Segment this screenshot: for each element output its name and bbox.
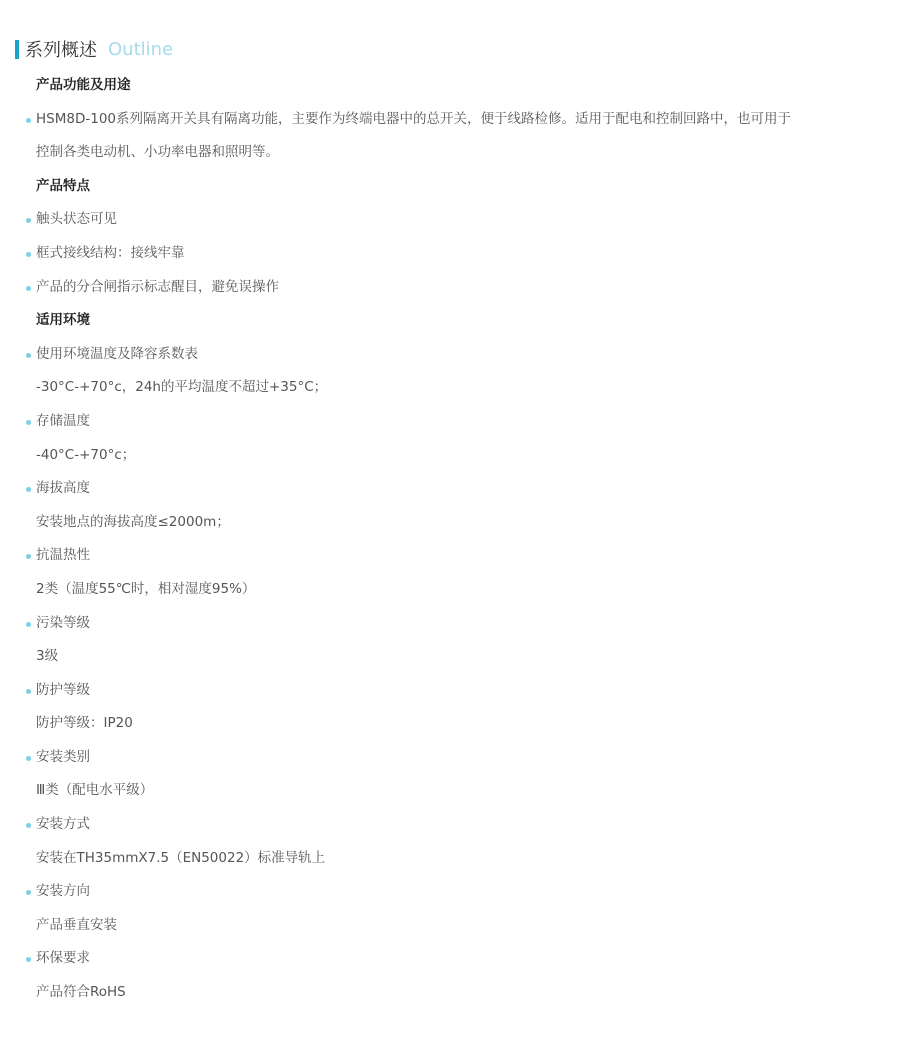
env-label: 污染等级 [36, 607, 876, 641]
feature-item: 触头状态可见 [36, 203, 876, 237]
env-value: -40°C-+70°c； [36, 439, 876, 473]
heading-function: 产品功能及用途 [36, 69, 876, 103]
env-label: 使用环境温度及降容系数表 [36, 338, 876, 372]
outline-content: 产品功能及用途 HSM8D-100系列隔离开关具有隔离功能，主要作为终端电器中的… [36, 69, 876, 1010]
env-value: 2类（温度55℃时，相对湿度95%） [36, 573, 876, 607]
heading-features: 产品特点 [36, 170, 876, 204]
section-subtitle: Outline [108, 39, 173, 60]
accent-bar [15, 40, 19, 59]
env-label: 环保要求 [36, 942, 876, 976]
function-description: HSM8D-100系列隔离开关具有隔离功能，主要作为终端电器中的总开关，便于线路… [36, 103, 876, 137]
env-value: 产品符合RoHS [36, 976, 876, 1010]
section-title: 系列概述 [25, 36, 97, 62]
env-value: 安装地点的海拔高度≤2000m； [36, 506, 876, 540]
env-label: 抗温热性 [36, 539, 876, 573]
heading-environment: 适用环境 [36, 304, 876, 338]
env-label: 海拔高度 [36, 472, 876, 506]
env-value: -30°C-+70°c，24h的平均温度不超过+35°C； [36, 371, 876, 405]
env-label: 防护等级 [36, 674, 876, 708]
env-value: 产品垂直安装 [36, 909, 876, 943]
feature-item: 产品的分合闸指示标志醒目，避免误操作 [36, 271, 876, 305]
function-description-cont: 控制各类电动机、小功率电器和照明等。 [36, 136, 876, 170]
env-value: 防护等级：IP20 [36, 707, 876, 741]
env-value: Ⅲ类（配电水平级） [36, 774, 876, 808]
env-value: 安装在TH35mmX7.5（EN50022）标准导轨上 [36, 842, 876, 876]
env-label: 安装方式 [36, 808, 876, 842]
env-label: 安装方向 [36, 875, 876, 909]
env-label: 安装类别 [36, 741, 876, 775]
feature-item: 框式接线结构：接线牢靠 [36, 237, 876, 271]
section-header: 系列概述 Outline [15, 37, 173, 61]
env-label: 存储温度 [36, 405, 876, 439]
env-value: 3级 [36, 640, 876, 674]
